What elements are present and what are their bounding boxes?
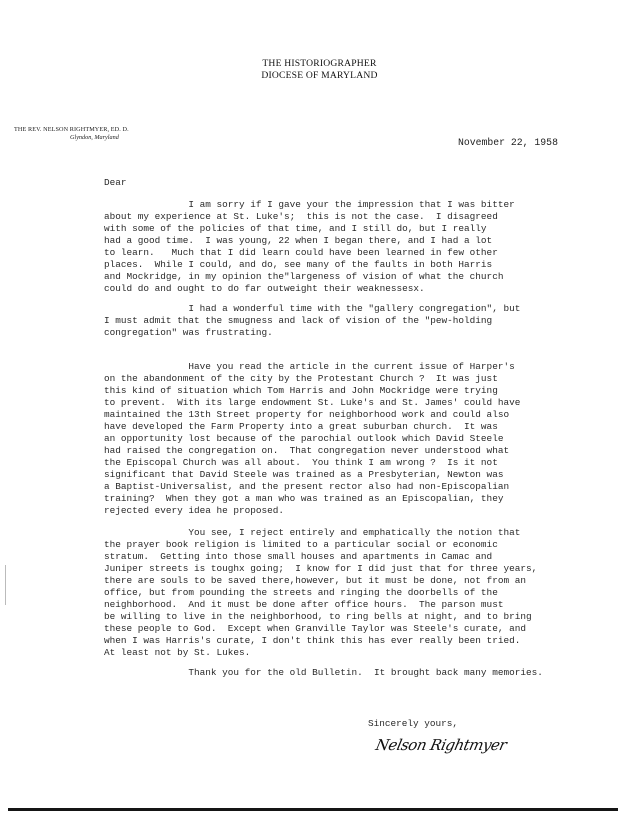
signoff: Sincerely yours,: [368, 718, 458, 730]
letterhead-subtitle: DIOCESE OF MARYLAND: [0, 70, 625, 82]
letterhead-title: THE HISTORIOGRAPHER: [0, 58, 625, 70]
footer-rule: [8, 808, 618, 811]
salutation: Dear: [104, 177, 127, 189]
handwritten-signature: Nelson Rightmyer: [374, 736, 508, 754]
closing-paragraph: Thank you for the old Bulletin. It broug…: [104, 667, 543, 679]
sender-name: THE REV. NELSON RIGHTMYER, ED. D.: [14, 126, 194, 134]
letterhead: THE HISTORIOGRAPHER DIOCESE OF MARYLAND: [0, 58, 625, 82]
margin-mark: [5, 565, 6, 605]
body-paragraph-2: I had a wonderful time with the "gallery…: [104, 303, 520, 339]
body-paragraph-4: You see, I reject entirely and emphatica…: [104, 527, 537, 659]
sender-block: THE REV. NELSON RIGHTMYER, ED. D. Glyndo…: [14, 126, 194, 142]
body-paragraph-1: I am sorry if I gave your the impression…: [104, 199, 515, 295]
body-paragraph-3: Have you read the article in the current…: [104, 361, 520, 517]
letter-date: November 22, 1958: [458, 137, 558, 148]
sender-location: Glyndon, Maryland: [14, 134, 194, 142]
